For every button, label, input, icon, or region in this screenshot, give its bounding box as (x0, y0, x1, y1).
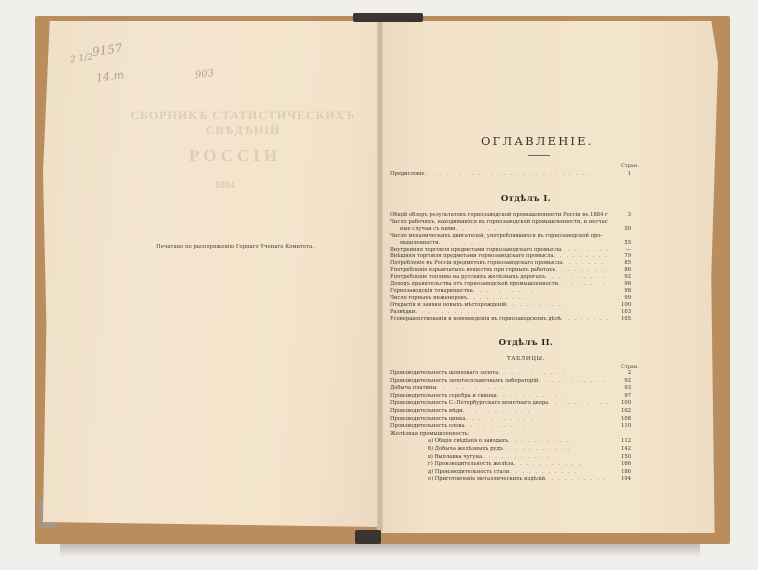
toc-entry: Число механическихъ двигателей, употребл… (390, 233, 602, 239)
toc-entry: Внутренняя торговля предметами горнозаво… (390, 247, 608, 253)
page-number: 100 (609, 400, 631, 406)
entry-label: Общій обзоръ результатовъ горнозаводской… (390, 212, 608, 218)
entry-label: е) Приготовленіе металлическихъ издѣлій (428, 476, 545, 482)
entry-label: д) Производительность стали (428, 469, 509, 475)
entry-label: Число механическихъ двигателей, употребл… (390, 233, 602, 239)
page-number: 97 (609, 393, 631, 399)
toc-entry: Желѣзная промышленность: (390, 431, 469, 437)
leader-dots: . . . . . . . . . . . . . . . . . . . . … (506, 302, 566, 308)
entry-label: Развѣдки (390, 309, 415, 315)
spine-tape-top (353, 13, 423, 22)
leader-dots: . . . . . . . . . . . . . . . . . . . . … (426, 171, 596, 177)
toc-entry-preface: Предисловіе . . . . . . . . . . . . . . … (390, 171, 596, 177)
entry-label: Употребленіе взрывчатыхъ веществъ при го… (390, 267, 555, 273)
toc-entry: Производительность серебра и свинца . . … (390, 393, 567, 399)
page-number: 102 (609, 408, 631, 414)
page-number: 103 (609, 309, 631, 315)
page-number: 105 (609, 316, 631, 322)
entry-label: Число горныхъ инженеровъ (390, 295, 467, 301)
page-title: ОГЛАВЛЕНІЕ. (481, 134, 591, 148)
toc-entry: г) Производительность желѣза . . . . . .… (428, 461, 583, 467)
leader-dots: . . . . . . . . . . . . . . . . . . . . … (482, 454, 552, 460)
page-number: 93 (609, 385, 631, 391)
toc-entry: в) Выплавка чугуна . . . . . . . . . . .… (428, 454, 552, 460)
entry-label: мышленности (400, 240, 439, 246)
page-number: 55 (609, 240, 631, 246)
toc-entry: Горнозаводскія товарищества . . . . . . … (390, 288, 533, 294)
leader-dots: . . . . . . . . . . . . . . . . . . . . … (508, 438, 578, 444)
page-number: 100 (609, 302, 631, 308)
toc-entry: Число рабочихъ, находившихся въ горнозав… (390, 219, 608, 225)
toc-entry: Доходъ правительства отъ горнозаводской … (390, 281, 608, 287)
leader-dots: . . . . . . . . . . . . . . . . . . . . … (455, 226, 515, 232)
book-scan: 9157 2 1/2 14.m 903 СБОРНИКЪ СТАТИСТИЧЕС… (0, 0, 758, 570)
leader-dots: . . . . . . . . . . . . . . . . . . . . … (473, 288, 533, 294)
entry-label: Доходъ правительства отъ горнозаводской … (390, 281, 558, 287)
entry-label: Предисловіе (390, 171, 425, 177)
toc-entry: Внѣшняя торговля предметами горнозаводск… (390, 253, 608, 259)
page-number: 92 (609, 274, 631, 280)
leader-dots: . . . . . . . . . . . . . . . . . . . . … (439, 240, 499, 246)
entry-label: Число рабочихъ, находившихся въ горнозав… (390, 219, 608, 225)
toc-entry: мышленности . . . . . . . . . . . . . . … (400, 240, 499, 246)
entry-label: б) Добыча желѣзныхъ рудъ (428, 446, 503, 452)
entry-label: Горнозаводскія товарищества (390, 288, 473, 294)
entry-label: Потребленіе въ Россіи предметовъ горноза… (390, 260, 562, 266)
entry-label: Желѣзная промышленность: (390, 431, 469, 437)
page-number: 1 (609, 171, 631, 177)
toc-entry: Число горныхъ инженеровъ . . . . . . . .… (390, 295, 527, 301)
entry-label: г) Производительность желѣза (428, 461, 513, 467)
toc-entry: Производительность С.-Петербургскаго мон… (390, 400, 608, 406)
entry-label: а) Общія свѣдѣнія о заводахъ (428, 438, 508, 444)
toc-entry: е) Приготовленіе металлическихъ издѣлій … (428, 476, 608, 482)
toc-entry: Усовершенствованія и нововведенія въ гор… (390, 316, 608, 322)
leader-dots: . . . . . . . . . . . . . . . . . . . . … (562, 260, 608, 266)
page-number: 194 (609, 476, 631, 482)
entry-label: в) Выплавка чугуна (428, 454, 482, 460)
entry-label: Производительность серебра и свинца (390, 393, 497, 399)
entry-label: Усовершенствованія и нововведенія въ гор… (390, 316, 561, 322)
leader-dots: . . . . . . . . . . . . . . . . . . . . … (497, 393, 567, 399)
leader-dots: . . . . . . . . . . . . . . . . . . . . … (548, 400, 608, 406)
leader-dots: . . . . . . . . . . . . . . . . . . . . … (463, 408, 533, 414)
leader-dots: . . . . . . . . . . . . . . . . . . . . … (464, 423, 534, 429)
leader-dots: . . . . . . . . . . . . . . . . . . . . … (561, 316, 608, 322)
toc-entry: Производительность цинка . . . . . . . .… (390, 416, 535, 422)
page-number: 110 (609, 423, 631, 429)
show-through-title: 1884 (190, 180, 260, 191)
show-through-title: РОССІИ (170, 146, 300, 166)
page-number: 86 (609, 267, 631, 273)
page-number: 96 (609, 281, 631, 287)
entry-label: Производительность цинка (390, 416, 465, 422)
page-number: 112 (609, 438, 631, 444)
leader-dots: . . . . . . . . . . . . . . . . . . . . … (545, 476, 608, 482)
leader-dots: . . . . . . . . . . . . . . . . . . . . … (503, 446, 573, 452)
leader-dots: . . . . . . . . . . . . . . . . . . . . … (538, 378, 608, 384)
entry-label: Употребленіе топлива на русскихъ желѣзны… (390, 274, 545, 280)
page-number: 2 (609, 370, 631, 376)
leader-dots: . . . . . . . . . . . . . . . . . . . . … (555, 267, 608, 273)
entry-label: Открытія и заявки новыхъ мѣсторожденій (390, 302, 506, 308)
leader-dots: . . . . . . . . . . . . . . . . . . . . … (553, 253, 608, 259)
leader-dots: . . . . . . . . . . . . . . . . . . . . … (558, 281, 608, 287)
entry-label: Производительность мѣди (390, 408, 463, 414)
toc-entry: д) Производительность стали . . . . . . … (428, 469, 579, 475)
toc-entry: б) Добыча желѣзныхъ рудъ . . . . . . . .… (428, 446, 573, 452)
toc-entry: Производительность олова . . . . . . . .… (390, 423, 534, 429)
toc-entry: Употребленіе топлива на русскихъ желѣзны… (390, 274, 605, 280)
leader-dots: . . . . . . . . . . . . . . . . . . . . … (465, 416, 535, 422)
page-number: 186 (609, 469, 631, 475)
toc-entry: Общій обзоръ результатовъ горнозаводской… (390, 212, 608, 218)
page-number: 108 (609, 416, 631, 422)
toc-entry: Добыча платины . . . . . . . . . . . . .… (390, 385, 507, 391)
page-number: 166 (609, 461, 631, 467)
spine-tape-bottom (355, 530, 381, 544)
leader-dots: . . . . . . . . . . . . . . . . . . . . … (509, 469, 579, 475)
entry-label: ные случаи съ ними (400, 226, 455, 232)
toc-entry: Производительность шлиховаго золота . . … (390, 370, 568, 376)
imprint-line: Печатано по распоряженію Горнаго Ученаго… (145, 244, 325, 250)
toc-entry: а) Общія свѣдѣнія о заводахъ . . . . . .… (428, 438, 578, 444)
toc-entry: Развѣдки . . . . . . . . . . . . . . . .… (390, 309, 475, 315)
left-page (43, 21, 379, 527)
entry-label: Производительность С.-Петербургскаго мон… (390, 400, 548, 406)
page-number: 50 (609, 226, 631, 232)
page-column-label: Стран. (621, 163, 639, 169)
entry-label: Внутренняя торговля предметами горнозаво… (390, 247, 561, 253)
page-number: 98 (609, 288, 631, 294)
leader-dots: . . . . . . . . . . . . . . . . . . . . … (545, 274, 605, 280)
leader-dots: . . . . . . . . . . . . . . . . . . . . … (415, 309, 475, 315)
book-gutter (377, 21, 383, 531)
section-heading: Отдѣлъ I. (376, 194, 676, 204)
toc-entry: Потребленіе въ Россіи предметовъ горноза… (390, 260, 608, 266)
page-number: 79 (609, 253, 631, 259)
toc-entry: ные случаи съ ними . . . . . . . . . . .… (400, 226, 515, 232)
toc-entry: Производительность золотосплавочныхъ лаб… (390, 378, 608, 384)
page-number: 142 (609, 446, 631, 452)
leader-dots: . . . . . . . . . . . . . . . . . . . . … (437, 385, 507, 391)
entry-label: Добыча платины (390, 385, 437, 391)
page-number: 150 (609, 454, 631, 460)
show-through-title: СБОРНИКЪ СТАТИСТИЧЕСКИХЪ СВѢДѢНІЙ (128, 108, 358, 138)
section-heading: Отдѣлъ II. (376, 338, 676, 348)
entry-label: Производительность шлиховаго золота (390, 370, 498, 376)
toc-entry: Производительность мѣди . . . . . . . . … (390, 408, 533, 414)
page-number: — (609, 247, 631, 253)
entry-label: Внѣшняя торговля предметами горнозаводск… (390, 253, 553, 259)
entry-label: Производительность олова (390, 423, 464, 429)
toc-entry: Открытія и заявки новыхъ мѣсторожденій .… (390, 302, 566, 308)
leader-dots: . . . . . . . . . . . . . . . . . . . . … (467, 295, 527, 301)
entry-label: Производительность золотосплавочныхъ лаб… (390, 378, 538, 384)
section-subheading: ТАБЛИЦЫ. (376, 356, 676, 362)
page-number: 99 (609, 295, 631, 301)
page-number: 85 (609, 260, 631, 266)
leader-dots: . . . . . . . . . . . . . . . . . . . . … (498, 370, 568, 376)
page-number: 3 (609, 212, 631, 218)
leader-dots: . . . . . . . . . . . . . . . . . . . . … (561, 247, 608, 253)
leader-dots: . . . . . . . . . . . . . . . . . . . . … (513, 461, 583, 467)
title-rule (528, 155, 550, 156)
toc-entry: Употребленіе взрывчатыхъ веществъ при го… (390, 267, 608, 273)
page-number: 92 (609, 378, 631, 384)
